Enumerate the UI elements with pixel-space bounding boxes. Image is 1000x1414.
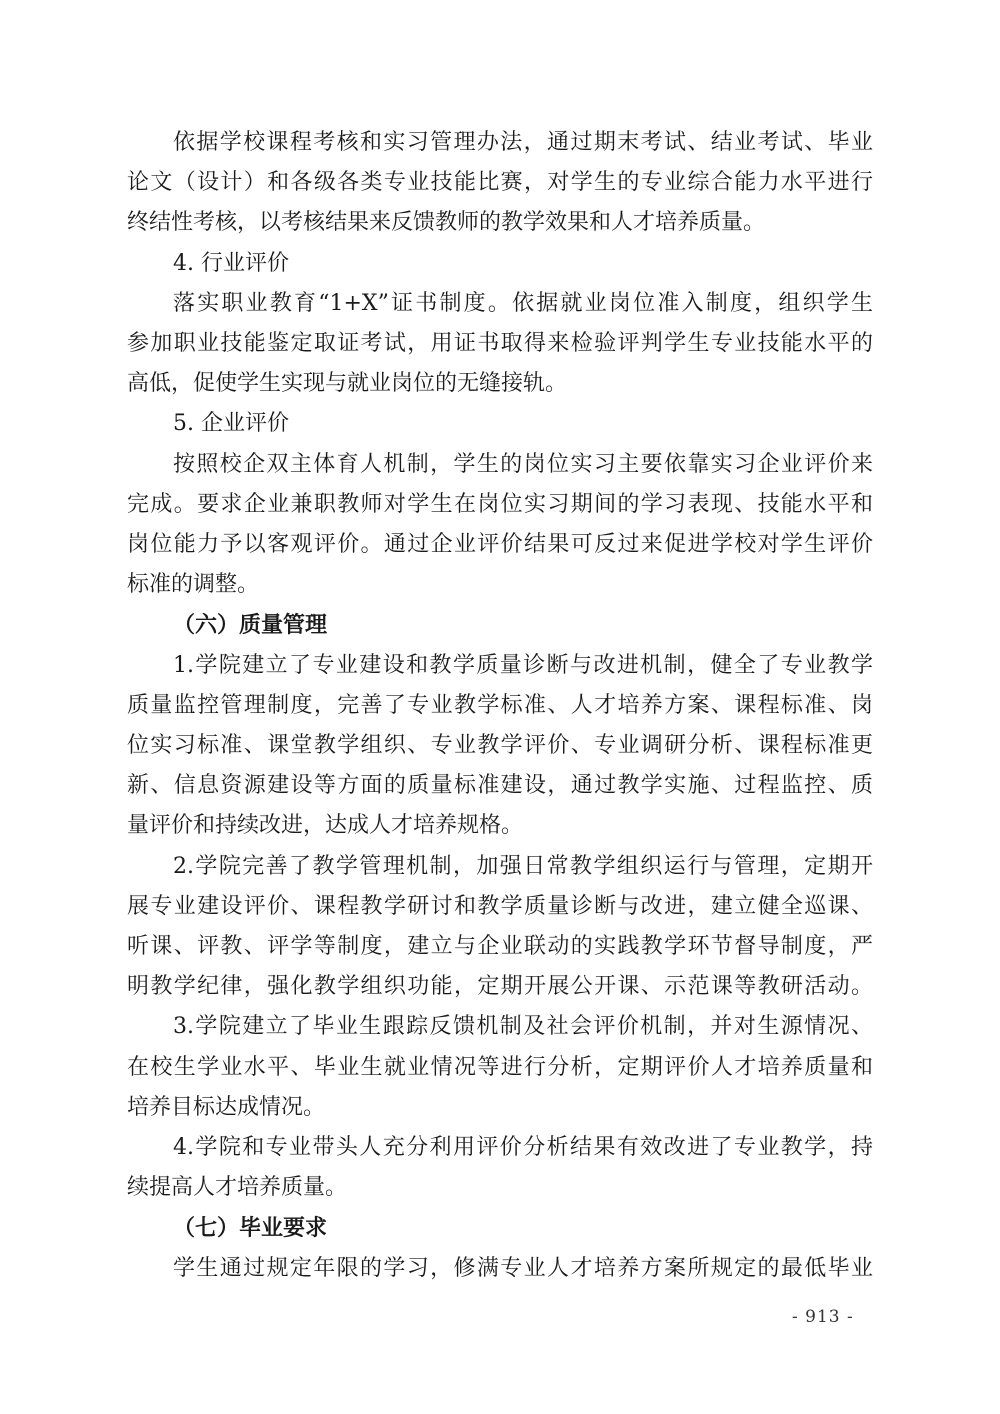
paragraph-line: 学生通过规定年限的学习，修满专业人才培养方案所规定的最低毕业 [173,1249,873,1289]
paragraph-line: 完成。要求企业兼职教师对学生在岗位实习期间的学习表现、技能水平和 [127,485,873,525]
subsection-heading: 4. 行业评价 [173,244,873,284]
paragraph-line: 4.学院和专业带头人充分利用评价分析结果有效改进了专业教学，持 [173,1128,873,1168]
paragraph-line: 2.学院完善了教学管理机制，加强日常教学组织运行与管理，定期开 [173,847,873,887]
section-heading: （七）毕业要求 [173,1208,873,1248]
paragraph-line: 明教学纪律，强化教学组织功能，定期开展公开课、示范课等教研活动。 [127,967,873,1007]
paragraph-line: 落实职业教育“1+X”证书制度。依据就业岗位准入制度，组织学生 [173,284,873,324]
paragraph-line: 展专业建设评价、课程教学研讨和教学质量诊断与改进，建立健全巡课、 [127,887,873,927]
paragraph-line: 参加职业技能鉴定取证考试，用证书取得来检验评判学生专业技能水平的 [127,324,873,364]
subsection-heading: 5. 企业评价 [173,404,873,444]
paragraph-line: 3.学院建立了毕业生跟踪反馈机制及社会评价机制，并对生源情况、 [173,1007,873,1047]
paragraph-line: 在校生学业水平、毕业生就业情况等进行分析，定期评价人才培养质量和 [127,1048,873,1088]
paragraph-line: 续提高人才培养质量。 [127,1168,873,1208]
paragraph-line: 1.学院建立了专业建设和教学质量诊断与改进机制，健全了专业教学 [173,646,873,686]
paragraph-line: 高低，促使学生实现与就业岗位的无缝接轨。 [127,364,873,404]
paragraph-line: 论文（设计）和各级各类专业技能比赛，对学生的专业综合能力水平进行 [127,163,873,203]
paragraph-line: 按照校企双主体育人机制，学生的岗位实习主要依靠实习企业评价来 [173,445,873,485]
paragraph-line: 岗位能力予以客观评价。通过企业评价结果可反过来促进学校对学生评价 [127,525,873,565]
section-heading: （六）质量管理 [173,605,873,645]
paragraph-line: 终结性考核，以考核结果来反馈教师的教学效果和人才培养质量。 [127,203,873,243]
document-page: 依据学校课程考核和实习管理办法，通过期末考试、结业考试、毕业论文（设计）和各级各… [0,0,1000,1414]
paragraph-line: 听课、评教、评学等制度，建立与企业联动的实践教学环节督导制度，严 [127,927,873,967]
paragraph-line: 依据学校课程考核和实习管理办法，通过期末考试、结业考试、毕业 [173,123,873,163]
paragraph-line: 标准的调整。 [127,565,873,605]
page-number: - 913 - [792,1305,854,1329]
paragraph-line: 位实习标准、课堂教学组织、专业教学评价、专业调研分析、课程标准更 [127,726,873,766]
paragraph-line: 新、信息资源建设等方面的质量标准建设，通过教学实施、过程监控、质 [127,766,873,806]
paragraph-line: 量评价和持续改进，达成人才培养规格。 [127,806,873,846]
paragraph-line: 质量监控管理制度，完善了专业教学标准、人才培养方案、课程标准、岗 [127,686,873,726]
paragraph-line: 培养目标达成情况。 [127,1088,873,1128]
